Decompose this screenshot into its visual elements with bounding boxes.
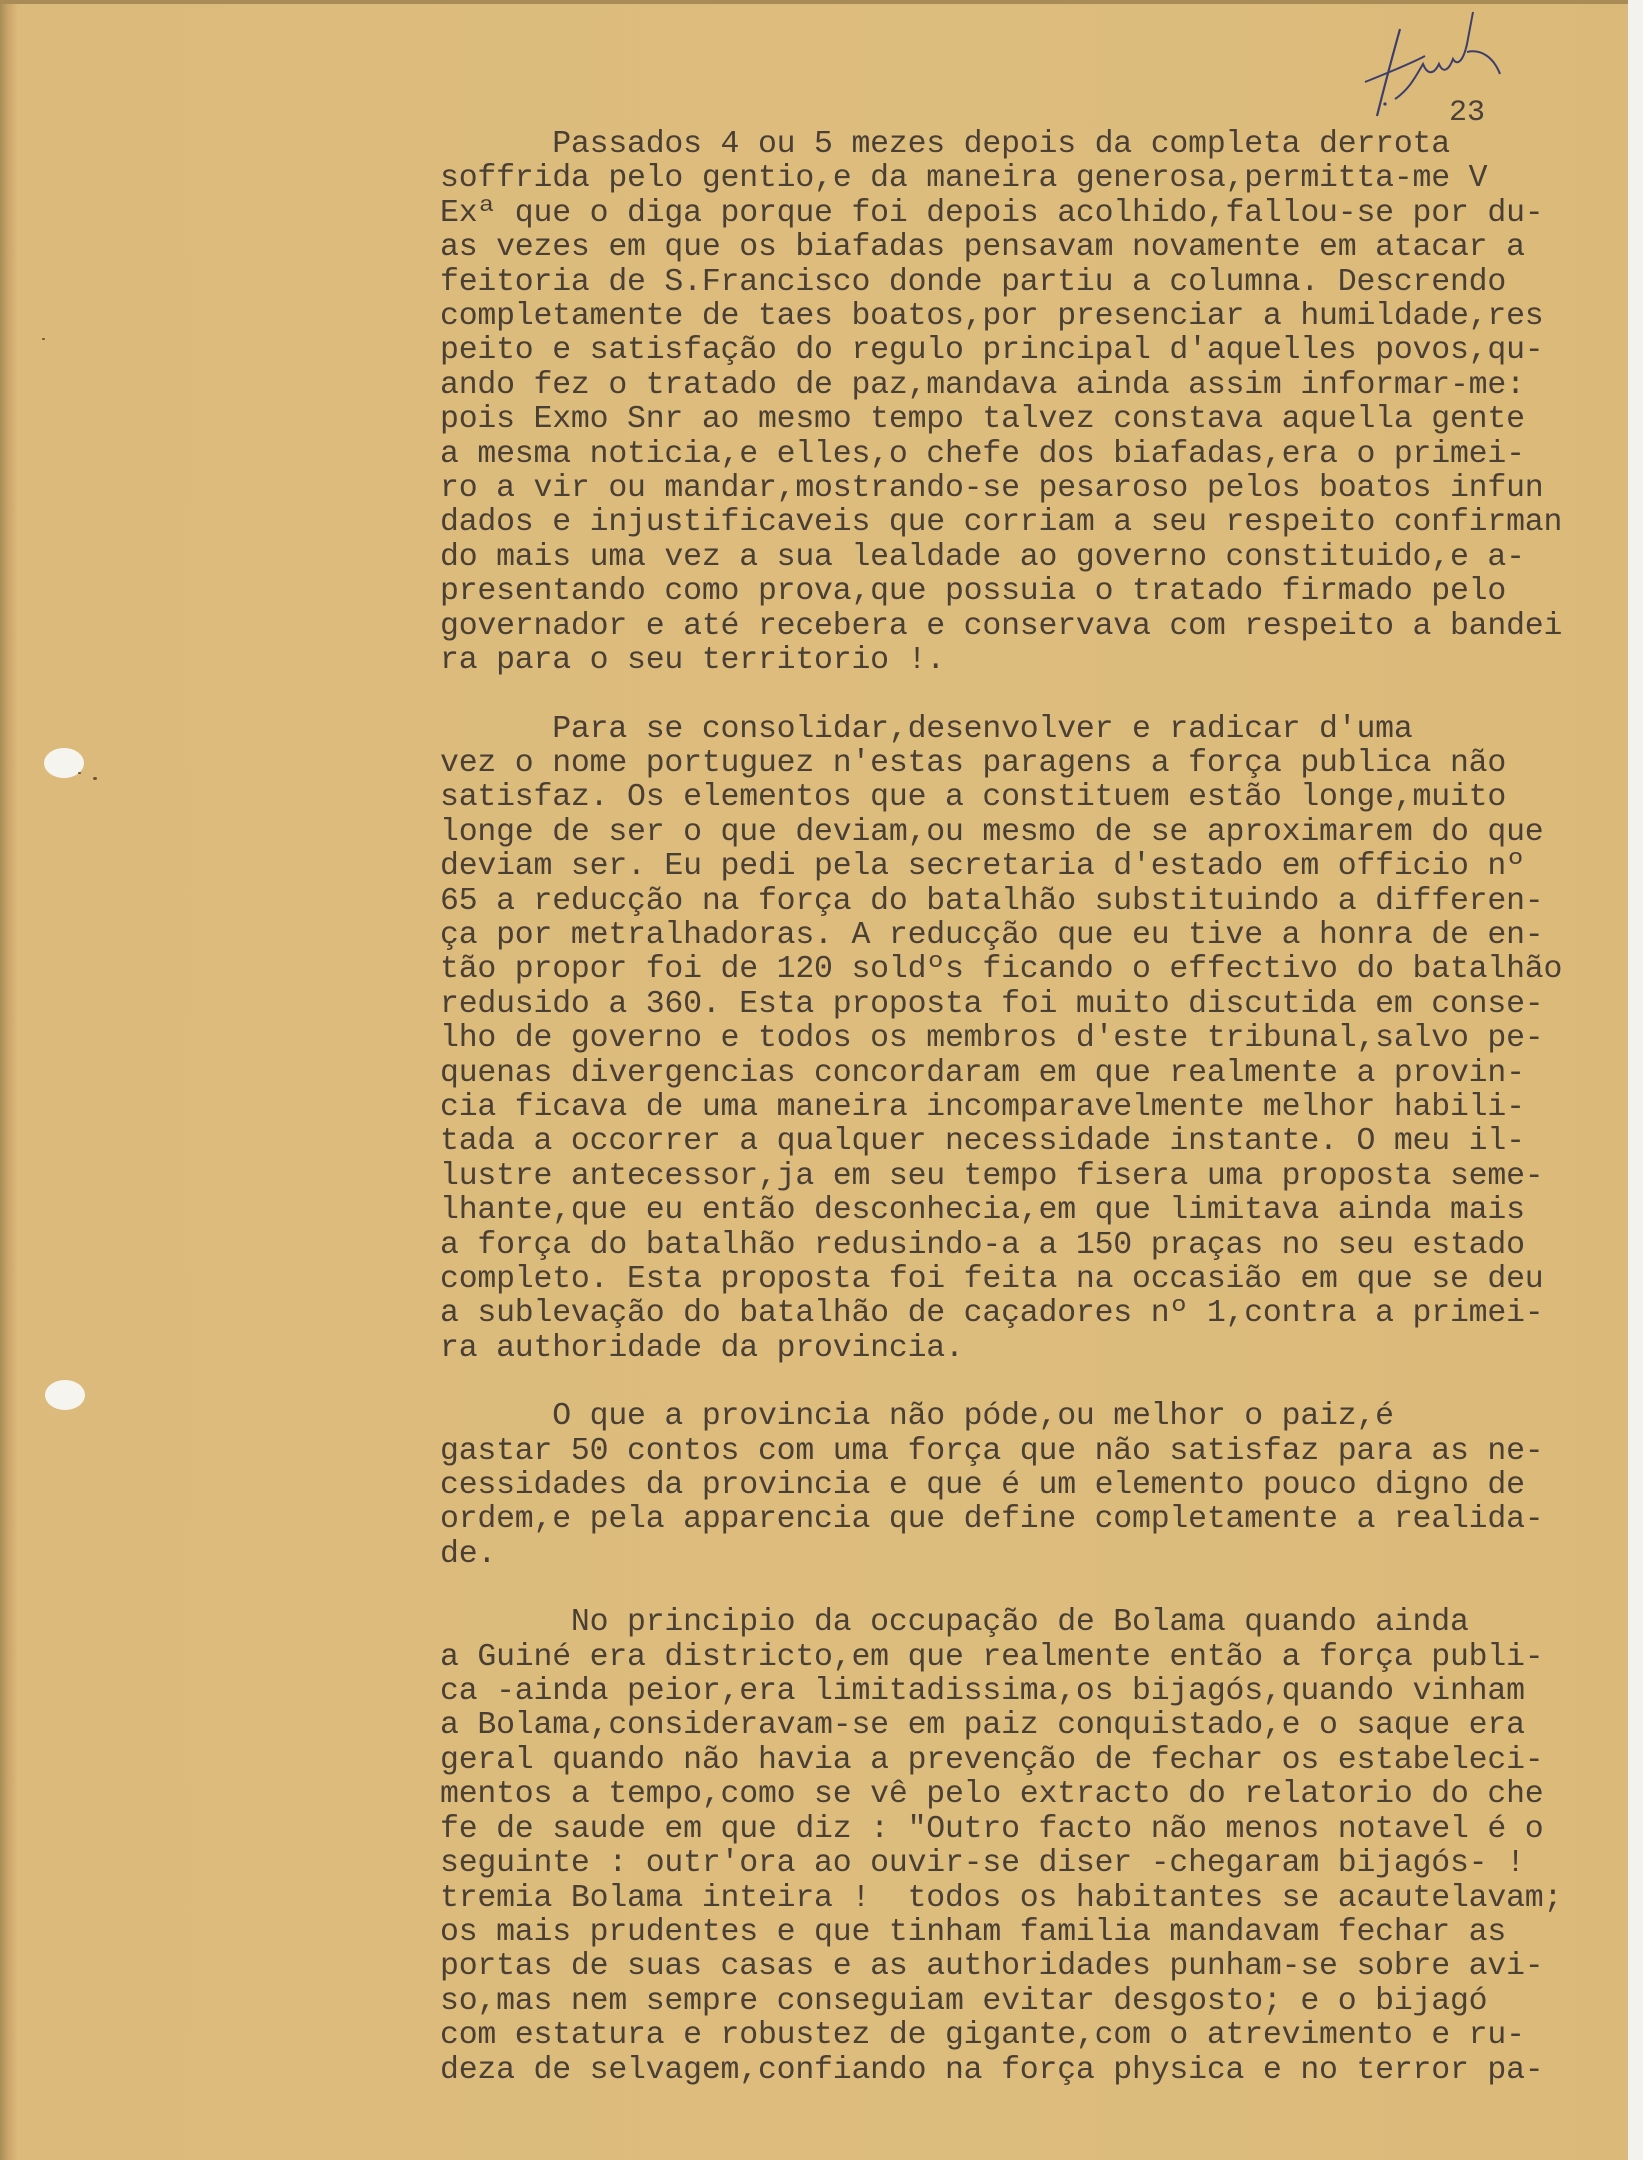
text-line: longe de ser o que deviam,ou mesmo de se… — [440, 816, 1640, 850]
text-line: Passados 4 ou 5 mezes depois da completa… — [440, 128, 1640, 162]
text-line: Exª que o diga porque foi depois acolhid… — [440, 197, 1640, 231]
text-line: ra authoridade da provincia. — [440, 1332, 1640, 1366]
text-line: portas de suas casas e as authoridades p… — [440, 1950, 1640, 1984]
page-number: 23 — [1449, 96, 1485, 130]
paragraph: No principio da occupação de Bolama quan… — [440, 1606, 1640, 2088]
text-line: geral quando não havia a prevenção de fe… — [440, 1744, 1640, 1778]
text-line: de. — [440, 1538, 1640, 1572]
text-line: a Guiné era districto,em que realmente e… — [440, 1641, 1640, 1675]
text-line: completamente de taes boatos,por presenc… — [440, 300, 1640, 334]
ink-speck — [93, 777, 97, 780]
text-line: cia ficava de uma maneira incomparavelme… — [440, 1091, 1640, 1125]
text-line: lustre antecessor,ja em seu tempo fisera… — [440, 1160, 1640, 1194]
ink-speck — [42, 338, 45, 340]
paper-page: 23 Passados 4 ou 5 mezes depois da compl… — [0, 0, 1628, 2160]
text-line: as vezes em que os biafadas pensavam nov… — [440, 231, 1640, 265]
ink-speck — [78, 772, 81, 774]
text-line: a mesma noticia,e elles,o chefe dos biaf… — [440, 438, 1640, 472]
text-line: Para se consolidar,desenvolver e radicar… — [440, 713, 1640, 747]
text-line: mentos a tempo,como se vê pelo extracto … — [440, 1778, 1640, 1812]
text-line: deza de selvagem,confiando na força phys… — [440, 2054, 1640, 2088]
text-line: ordem,e pela apparencia que define compl… — [440, 1503, 1640, 1537]
text-line: ca -ainda peior,era limitadissima,os bij… — [440, 1675, 1640, 1709]
text-line: a força do batalhão redusindo-a a 150 pr… — [440, 1229, 1640, 1263]
text-line: com estatura e robustez de gigante,com o… — [440, 2019, 1640, 2053]
text-line: governador e até recebera e conservava c… — [440, 610, 1640, 644]
text-line: quenas divergencias concordaram em que r… — [440, 1057, 1640, 1091]
scanner-margin — [1628, 0, 1643, 2160]
text-line: gastar 50 contos com uma força que não s… — [440, 1435, 1640, 1469]
text-line: No principio da occupação de Bolama quan… — [440, 1606, 1640, 1640]
text-line: tada a occorrer a qualquer necessidade i… — [440, 1125, 1640, 1159]
text-line: ando fez o tratado de paz,mandava ainda … — [440, 369, 1640, 403]
text-line: so,mas nem sempre conseguiam evitar desg… — [440, 1985, 1640, 2019]
text-line: ro a vir ou mandar,mostrando-se pesaroso… — [440, 472, 1640, 506]
paragraph: O que a provincia não póde,ou melhor o p… — [440, 1400, 1640, 1572]
text-line: soffrida pelo gentio,e da maneira genero… — [440, 162, 1640, 196]
typed-letter-body: Passados 4 ou 5 mezes depois da completa… — [440, 128, 1640, 2088]
text-line: peito e satisfação do regulo principal d… — [440, 334, 1640, 368]
text-line: seguinte : outr'ora ao ouvir-se diser -c… — [440, 1847, 1640, 1881]
paragraph: Passados 4 ou 5 mezes depois da completa… — [440, 128, 1640, 679]
text-line: deviam ser. Eu pedi pela secretaria d'es… — [440, 850, 1640, 884]
text-line: lhante,que eu então desconhecia,em que l… — [440, 1194, 1640, 1228]
text-line: tremia Bolama inteira ! todos os habitan… — [440, 1882, 1640, 1916]
handwritten-signature — [1355, 4, 1515, 124]
text-line: a Bolama,consideravam-se em paiz conquis… — [440, 1709, 1640, 1743]
text-line: 65 a reducção na força do batalhão subst… — [440, 885, 1640, 919]
text-line: os mais prudentes e que tinham familia m… — [440, 1916, 1640, 1950]
text-line: ra para o seu territorio !. — [440, 644, 1640, 678]
text-line: cessidades da provincia e que é um eleme… — [440, 1469, 1640, 1503]
text-line: ça por metralhadoras. A reducção que eu … — [440, 919, 1640, 953]
text-line: fe de saude em que diz : "Outro facto nã… — [440, 1813, 1640, 1847]
punch-hole-bottom — [45, 1380, 85, 1410]
text-line: O que a provincia não póde,ou melhor o p… — [440, 1400, 1640, 1434]
text-line: vez o nome portuguez n'estas paragens a … — [440, 747, 1640, 781]
text-line: satisfaz. Os elementos que a constituem … — [440, 781, 1640, 815]
text-line: redusido a 360. Esta proposta foi muito … — [440, 988, 1640, 1022]
paragraph: Para se consolidar,desenvolver e radicar… — [440, 713, 1640, 1367]
text-line: feitoria de S.Francisco donde partiu a c… — [440, 266, 1640, 300]
text-line: lho de governo e todos os membros d'este… — [440, 1022, 1640, 1056]
text-line: presentando como prova,que possuia o tra… — [440, 575, 1640, 609]
text-line: do mais uma vez a sua lealdade ao govern… — [440, 541, 1640, 575]
text-line: a sublevação do batalhão de caçadores nº… — [440, 1297, 1640, 1331]
text-line: tão propor foi de 120 soldºs ficando o e… — [440, 953, 1640, 987]
text-line: completo. Esta proposta foi feita na occ… — [440, 1263, 1640, 1297]
text-line: pois Exmo Snr ao mesmo tempo talvez cons… — [440, 403, 1640, 437]
text-line: dados e injustificaveis que corriam a se… — [440, 506, 1640, 540]
